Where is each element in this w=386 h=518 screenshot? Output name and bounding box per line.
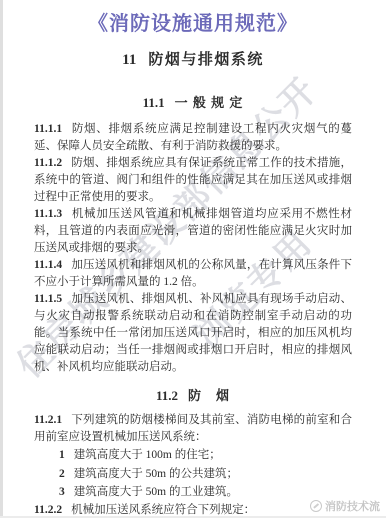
item-text: 建筑高度大于 50m 的公共建筑； <box>74 468 238 480</box>
clause-number: 11.1.1 <box>34 123 62 135</box>
clause-11-1-2: 11.1.2防烟、排烟系统应具有保证系统正常工作的技术措施，系统中的管道、阀门和… <box>34 155 352 206</box>
chapter-number: 11 <box>122 52 136 68</box>
list-item: 3建筑高度大于 50m 的工业建筑。 <box>34 483 352 502</box>
clause-11-2-1: 11.2.1下列建筑的防烟楼梯间及其前室、消防电梯的前室和合用前室应设置机械加压… <box>34 412 352 446</box>
section-number: 11.1 <box>143 95 165 110</box>
clause-number: 11.2.1 <box>34 414 62 426</box>
section-heading-11-1: 11.1一 般 规 定 <box>34 92 352 111</box>
clause-text: 加压送风机、排烟风机、补风机应具有现场手动启动、与火灾自动报警系统联动启动和在消… <box>34 293 352 373</box>
list-item: 1建筑高度大于 100m 的住宅； <box>34 446 352 465</box>
section-name: 一 般 规 定 <box>175 95 244 110</box>
item-number: 3 <box>59 486 65 498</box>
item-number: 1 <box>59 449 65 461</box>
logo-icon <box>310 500 322 512</box>
clause-text: 防烟、排烟系统应具有保证系统正常工作的技术措施，系统中的管道、阀门和组件的性能应… <box>34 157 352 203</box>
item-text: 建筑高度大于 50m 的工业建筑。 <box>74 486 238 498</box>
section-number: 11.2 <box>156 388 178 403</box>
document-content: 《消防设施通用规范》 11防烟与排烟系统 11.1一 般 规 定 11.1.1防… <box>0 0 386 518</box>
list-item: 2建筑高度大于 50m 的公共建筑； <box>34 465 352 484</box>
clause-11-1-4: 11.1.4加压送风机和排烟风机的公称风量，在计算风压条件下不应小于计算所需风量… <box>34 257 352 291</box>
clause-text: 防烟、排烟系统应满足控制建设工程内火灾烟气的蔓延、保障人员安全疏散、有利于消防救… <box>34 123 352 152</box>
clause-text: 机械加压送风管道和机械排烟管道均应采用不燃性材料，且管道的内表面应光滑，管道的密… <box>34 208 352 254</box>
item-text: 建筑高度大于 100m 的住宅； <box>74 449 221 461</box>
clause-number: 11.1.4 <box>34 259 62 271</box>
document-title: 《消防设施通用规范》 <box>34 0 352 36</box>
section-heading-11-2: 11.2防 烟 <box>34 385 352 404</box>
clause-text: 机械加压送风系统应符合下列规定： <box>71 504 255 516</box>
clause-11-1-3: 11.1.3机械加压送风管道和机械排烟管道均应采用不燃性材料，且管道的内表面应光… <box>34 206 352 257</box>
clause-number: 11.2.2 <box>34 504 62 516</box>
chapter-name: 防烟与排烟系统 <box>148 52 264 68</box>
logo-text: 消防技术流 <box>325 498 380 514</box>
clause-text: 加压送风机和排烟风机的公称风量，在计算风压条件下不应小于计算所需风量的 1.2 … <box>34 259 352 288</box>
chapter-heading: 11防烟与排烟系统 <box>34 48 352 69</box>
building-type-list: 1建筑高度大于 100m 的住宅； 2建筑高度大于 50m 的公共建筑； 3建筑… <box>34 446 352 502</box>
section-name: 防 烟 <box>188 388 230 403</box>
document-page: 住房城乡建设部信息公开 浏览专用 《消防设施通用规范》 11防烟与排烟系统 11… <box>0 0 386 518</box>
item-number: 2 <box>59 468 65 480</box>
clause-text: 下列建筑的防烟楼梯间及其前室、消防电梯的前室和合用前室应设置机械加压送风系统： <box>34 414 352 443</box>
clause-11-1-1: 11.1.1防烟、排烟系统应满足控制建设工程内火灾烟气的蔓延、保障人员安全疏散、… <box>34 121 352 155</box>
clause-11-1-5: 11.1.5加压送风机、排烟风机、补风机应具有现场手动启动、与火灾自动报警系统联… <box>34 291 352 376</box>
clause-number: 11.1.2 <box>34 157 62 169</box>
clause-number: 11.1.3 <box>34 208 62 220</box>
page-left-edge <box>0 0 3 518</box>
clause-number: 11.1.5 <box>34 293 62 305</box>
footer-logo: 消防技术流 <box>310 498 380 514</box>
